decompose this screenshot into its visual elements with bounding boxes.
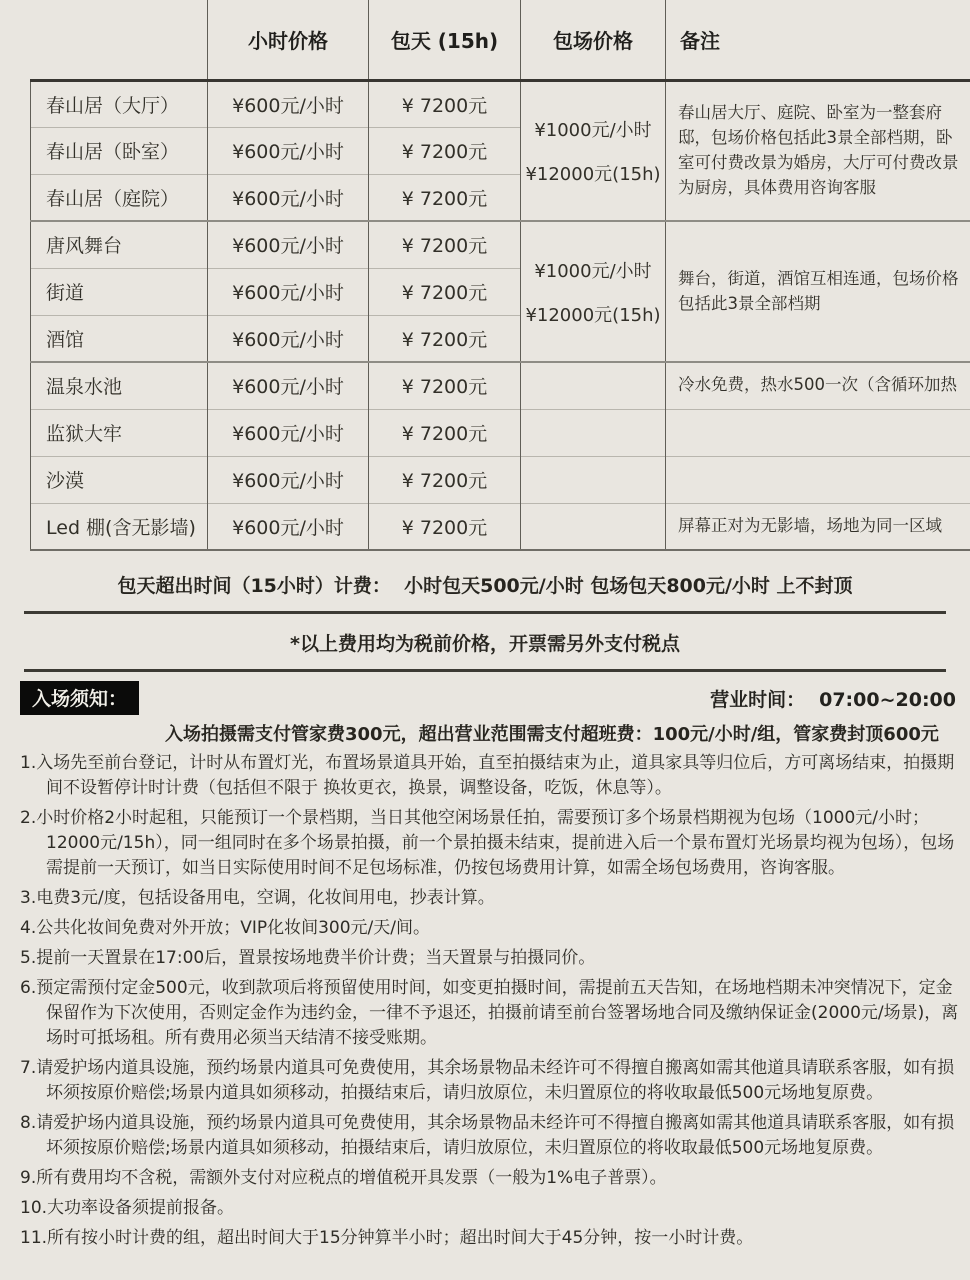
notice-header: 入场须知： 营业时间：07:00~20:00 <box>0 681 970 715</box>
scene-name: 春山居（卧室） <box>31 127 208 174</box>
buyout-price-group: ¥1000元/小时 ¥12000元(15h) <box>521 80 666 221</box>
table-row: 春山居（大厅） ¥600元/小时 ¥ 7200元 ¥1000元/小时 ¥1200… <box>31 80 970 127</box>
scene-name: 酒馆 <box>31 315 208 362</box>
divider <box>24 669 946 672</box>
hourly-price: ¥600元/小时 <box>208 362 369 409</box>
scene-name: 监狱大牢 <box>31 409 208 456</box>
scene-name: 唐风舞台 <box>31 221 208 268</box>
row-note: 屏幕正对为无影墙，场地为同一区域 <box>666 503 970 550</box>
notice-item: 6.预定需预付定金500元，收到款项后将预留使用时间，如变更拍摄时间，需提前五天… <box>20 976 964 1051</box>
hourly-price: ¥600元/小时 <box>208 268 369 315</box>
daily-price: ¥ 7200元 <box>369 409 521 456</box>
buyout-price <box>521 409 666 456</box>
hourly-price: ¥600元/小时 <box>208 80 369 127</box>
business-hours-value: 07:00~20:00 <box>819 689 956 711</box>
tax-note-line: *以上费用均为税前价格，开票需另外支付税点 <box>0 629 970 656</box>
notes-header: 备注 <box>666 0 970 80</box>
table-row: 沙漠 ¥600元/小时 ¥ 7200元 <box>31 456 970 503</box>
scene-column-header <box>31 0 208 80</box>
business-hours: 营业时间：07:00~20:00 <box>710 685 956 712</box>
notice-item: 8.请爱护场内道具设施，预约场景内道具可免费使用，其余场景物品未经许可不得擅自搬… <box>20 1111 964 1161</box>
buyout-price <box>521 456 666 503</box>
row-note <box>666 456 970 503</box>
scene-name: 春山居（大厅） <box>31 80 208 127</box>
business-hours-label: 营业时间： <box>710 689 805 711</box>
hourly-price: ¥600元/小时 <box>208 503 369 550</box>
buyout-day: ¥12000元(15h) <box>521 301 665 327</box>
buyout-price-group: ¥1000元/小时 ¥12000元(15h) <box>521 221 666 362</box>
scene-name: Led 棚(含无影墙) <box>31 503 208 550</box>
notice-item: 4.公共化妆间免费对外开放；VIP化妆间300元/天/间。 <box>20 916 964 941</box>
buyout-price <box>521 503 666 550</box>
daily-price: ¥ 7200元 <box>369 503 521 550</box>
daily-price: ¥ 7200元 <box>369 127 521 174</box>
scene-name: 街道 <box>31 268 208 315</box>
buyout-day: ¥12000元(15h) <box>521 160 665 186</box>
hourly-price: ¥600元/小时 <box>208 174 369 221</box>
table-row: 唐风舞台 ¥600元/小时 ¥ 7200元 ¥1000元/小时 ¥12000元(… <box>31 221 970 268</box>
hourly-price: ¥600元/小时 <box>208 127 369 174</box>
scene-name: 春山居（庭院） <box>31 174 208 221</box>
table-row: Led 棚(含无影墙) ¥600元/小时 ¥ 7200元 屏幕正对为无影墙，场地… <box>31 503 970 550</box>
table-row: 温泉水池 ¥600元/小时 ¥ 7200元 冷水免费，热水500一次（含循环加热 <box>31 362 970 409</box>
notice-item: 9.所有费用均不含税，需额外支付对应税点的增值税开具发票（一般为1%电子普票）。 <box>20 1166 964 1191</box>
hourly-price: ¥600元/小时 <box>208 409 369 456</box>
hourly-price: ¥600元/小时 <box>208 456 369 503</box>
row-note: 冷水免费，热水500一次（含循环加热 <box>666 362 970 409</box>
notice-item: 11.所有按小时计费的组，超出时间大于15分钟算半小时；超出时间大于45分钟，按… <box>20 1226 964 1251</box>
divider <box>24 611 946 614</box>
buyout-price-header: 包场价格 <box>521 0 666 80</box>
hourly-price: ¥600元/小时 <box>208 221 369 268</box>
group-note: 春山居大厅、庭院、卧室为一整套府邸，包场价格包括此3景全部档期，卧室可付费改景为… <box>666 80 970 221</box>
daily-price: ¥ 7200元 <box>369 221 521 268</box>
daily-price: ¥ 7200元 <box>369 268 521 315</box>
daily-price: ¥ 7200元 <box>369 362 521 409</box>
notice-item: 5.提前一天置景在17:00后，置景按场地费半价计费；当天置景与拍摄同价。 <box>20 946 964 971</box>
notice-item: 3.电费3元/度，包括设备用电，空调，化妆间用电，抄表计算。 <box>20 886 964 911</box>
daily-price-header: 包天 (15h) <box>369 0 521 80</box>
hourly-price: ¥600元/小时 <box>208 315 369 362</box>
daily-price: ¥ 7200元 <box>369 80 521 127</box>
notice-item: 2.小时价格2小时起租，只能预订一个景档期，当日其他空闲场景任拍，需要预订多个场… <box>20 806 964 881</box>
scene-name: 沙漠 <box>31 456 208 503</box>
daily-price: ¥ 7200元 <box>369 174 521 221</box>
buyout-hourly: ¥1000元/小时 <box>521 257 665 283</box>
row-note <box>666 409 970 456</box>
notice-intro-line: 入场拍摄需支付管家费300元，超出营业范围需支付超班费：100元/小时/组，管家… <box>165 720 962 746</box>
table-row: 监狱大牢 ¥600元/小时 ¥ 7200元 <box>31 409 970 456</box>
hourly-price-header: 小时价格 <box>208 0 369 80</box>
buyout-hourly: ¥1000元/小时 <box>521 116 665 142</box>
notice-item: 1.入场先至前台登记，计时从布置灯光，布置场景道具开始，直至拍摄结束为止，道具家… <box>20 751 964 801</box>
daily-price: ¥ 7200元 <box>369 315 521 362</box>
notice-item: 7.请爱护场内道具设施，预约场景内道具可免费使用，其余场景物品未经许可不得擅自搬… <box>20 1056 964 1106</box>
table-header-row: 小时价格 包天 (15h) 包场价格 备注 <box>31 0 970 80</box>
notice-item-list: 1.入场先至前台登记，计时从布置灯光，布置场景道具开始，直至拍摄结束为止，道具家… <box>0 751 970 1251</box>
notice-item: 10.大功率设备须提前报备。 <box>20 1196 964 1221</box>
buyout-price <box>521 362 666 409</box>
notice-title-badge: 入场须知： <box>20 681 139 715</box>
group-note: 舞台，街道，酒馆互相连通，包场价格包括此3景全部档期 <box>666 221 970 362</box>
pricing-table: 小时价格 包天 (15h) 包场价格 备注 春山居（大厅） ¥600元/小时 ¥… <box>30 0 970 551</box>
daily-price: ¥ 7200元 <box>369 456 521 503</box>
scene-name: 温泉水池 <box>31 362 208 409</box>
overtime-billing-line: 包天超出时间（15小时）计费： 小时包天500元/小时 包场包天800元/小时 … <box>0 571 970 598</box>
